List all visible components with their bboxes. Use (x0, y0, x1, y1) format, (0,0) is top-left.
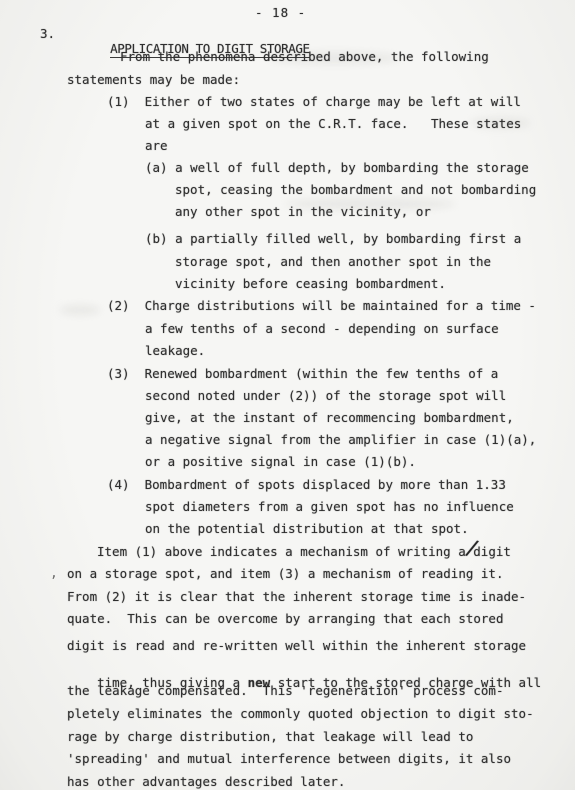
text-line: statements may be made: (67, 72, 240, 87)
list-item-1b: (b) a partially filled well, by bombardi… (145, 231, 521, 246)
document-page: - 18 - 3. APPLICATION TO DIGIT STORAGE F… (0, 0, 575, 790)
text-line: are (145, 138, 168, 153)
page-number: - 18 - (255, 5, 306, 20)
text-line: the leakage compensated. This 'regenerat… (67, 683, 504, 698)
list-item-4: (4) Bombardment of spots displaced by mo… (107, 477, 506, 492)
list-item-2: (2) Charge distributions will be maintai… (107, 298, 536, 313)
text-line: rage by charge distribution, that leakag… (67, 729, 473, 744)
text-line: on a storage spot, and item (3) a mechan… (67, 566, 504, 581)
text-line: on the potential distribution at that sp… (145, 521, 469, 536)
text-line: digit is read and re-written well within… (67, 638, 526, 653)
text-line: a few tenths of a second - depending on … (145, 321, 499, 336)
list-item-3: (3) Renewed bombardment (within the few … (107, 366, 498, 381)
text-line: give, at the instant of recommencing bom… (145, 410, 514, 425)
text-line: storage spot, and then another spot in t… (175, 254, 491, 269)
text-line: pletely eliminates the commonly quoted o… (67, 706, 534, 721)
text-line: a negative signal from the amplifier in … (145, 432, 536, 447)
text-line: 'spreading' and mutual interference betw… (67, 751, 511, 766)
stray-ink-mark: , (50, 566, 58, 581)
text-line: From the phenomena described above, the … (120, 49, 489, 64)
list-item-1: (1) Either of two states of charge may b… (107, 94, 521, 109)
text-line: spot diameters from a given spot has no … (145, 499, 514, 514)
text-line: Item (1) above indicates a mechanism of … (97, 544, 511, 559)
text-line: at a given spot on the C.R.T. face. Thes… (145, 116, 521, 131)
text-line: quate. This can be overcome by arranging… (67, 611, 504, 626)
text-line: spot, ceasing the bombardment and not bo… (175, 182, 536, 197)
scan-smudge (60, 305, 100, 315)
text-line: vicinity before ceasing bombardment. (175, 276, 446, 291)
text-line: has other advantages described later. (67, 774, 345, 789)
text-line: From (2) it is clear that the inherent s… (67, 589, 526, 604)
text-line: second noted under (2)) of the storage s… (145, 388, 506, 403)
section-number: 3. (40, 26, 55, 41)
text-line: leakage. (145, 343, 205, 358)
text-line: any other spot in the vicinity, or (175, 204, 431, 219)
list-item-1a: (a) a well of full depth, by bombarding … (145, 160, 529, 175)
text-line: or a positive signal in case (1)(b). (145, 454, 416, 469)
